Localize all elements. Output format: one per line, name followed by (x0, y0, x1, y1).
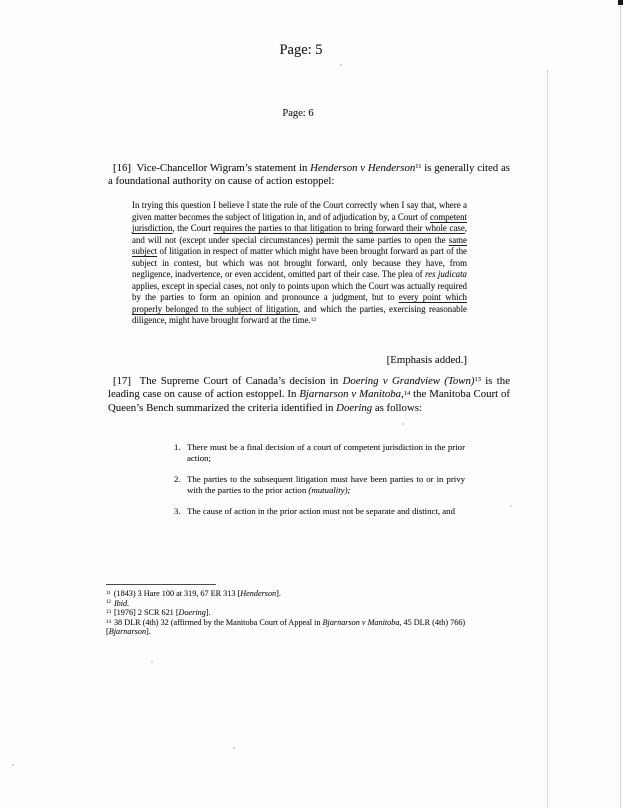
paragraph-16: [16] Vice-Chancellor Wigram’s statement … (108, 162, 510, 189)
footnote-12: 12 Ibid. (106, 599, 510, 609)
list-item-number: 1. (174, 442, 187, 464)
footnote-marker: 12 (106, 600, 111, 605)
list-item-number: 2. (174, 474, 187, 496)
scan-artifact-inner-page-edge (547, 70, 548, 808)
footnote-11: 11 (1843) 3 Hare 100 at 319, 67 ER 313 [… (106, 589, 510, 599)
footnote-marker: 11 (106, 591, 111, 596)
footnote-marker: 14 (106, 620, 111, 625)
footnote-marker: 13 (106, 610, 111, 615)
list-item-number: 3. (174, 506, 187, 517)
scanned-document-page: Page: 5 Page: 6 [16] Vice-Chancellor Wig… (0, 0, 623, 808)
inner-page-number: Page: 6 (0, 108, 596, 119)
footnote-text: [1976] 2 SCR 621 [Doering]. (112, 608, 211, 617)
footnote-14: 14 38 DLR (4th) 32 (affirmed by the Mani… (106, 618, 510, 637)
paragraph-17: [17] The Supreme Court of Canada’s decis… (108, 375, 510, 415)
criteria-list: 1. There must be a final decision of a c… (174, 442, 465, 527)
footnote-text: 38 DLR (4th) 32 (affirmed by the Manitob… (106, 618, 465, 637)
list-item-3: 3. The cause of action in the prior acti… (174, 506, 465, 517)
scan-artifact-right-edge (620, 6, 621, 808)
footnote-13: 13 [1976] 2 SCR 621 [Doering]. (106, 608, 510, 618)
list-item-text: There must be a final decision of a cour… (187, 442, 465, 464)
footnote-text: Ibid. (112, 599, 129, 608)
list-item-1: 1. There must be a final decision of a c… (174, 442, 465, 464)
footnote-text: (1843) 3 Hare 100 at 319, 67 ER 313 [Hen… (112, 589, 281, 598)
list-item-text: The cause of action in the prior action … (187, 506, 465, 517)
emphasis-added-note: [Emphasis added.] (132, 354, 467, 366)
outer-page-number: Page: 5 (0, 42, 602, 59)
footnote-separator (106, 584, 216, 585)
list-item-2: 2. The parties to the subsequent litigat… (174, 474, 465, 496)
footnotes-section: 11 (1843) 3 Hare 100 at 319, 67 ER 313 [… (106, 589, 510, 637)
scan-artifact-corner-mark (618, 0, 623, 5)
scan-noise-specks (340, 64, 342, 66)
list-item-text: The parties to the subsequent litigation… (187, 474, 465, 496)
block-quote: In trying this question I believe I stat… (132, 200, 467, 327)
